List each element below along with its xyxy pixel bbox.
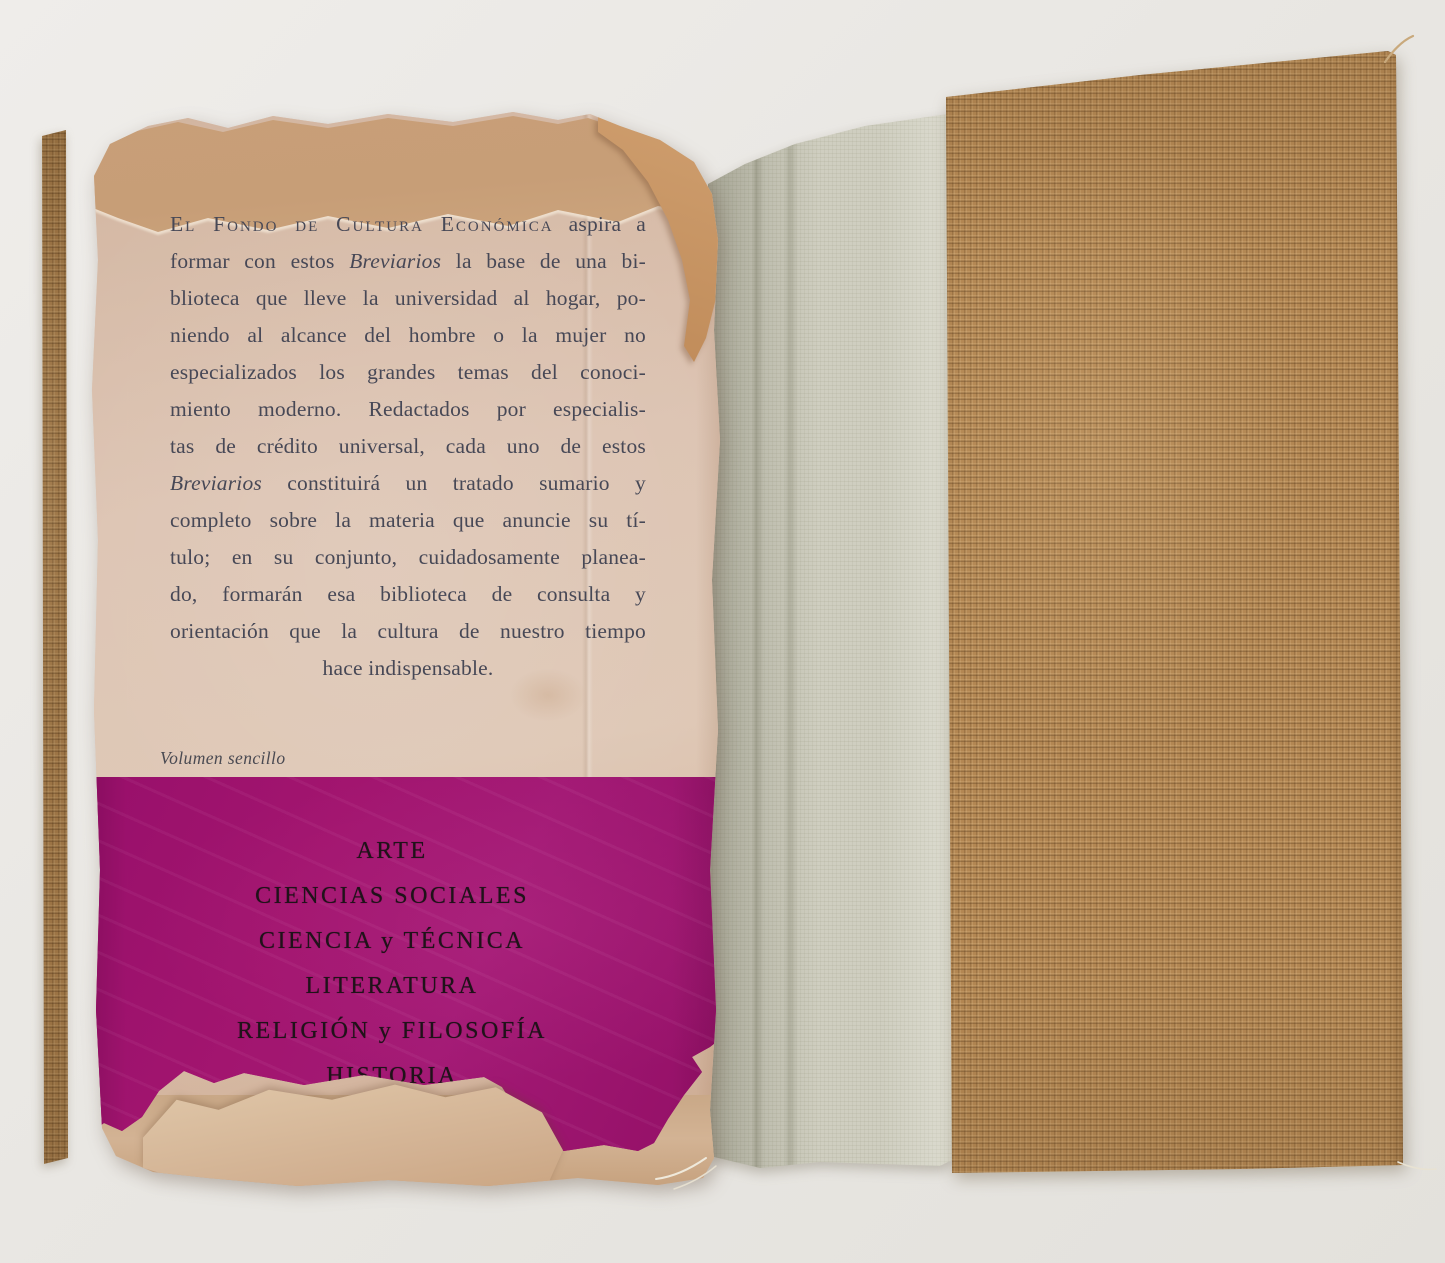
blurb-line: do, formarán esa biblioteca de consulta … xyxy=(170,576,646,613)
blurb-line: tas de crédito universal, cada uno de es… xyxy=(170,428,646,465)
category-item: ARTE xyxy=(64,829,720,874)
burlap-texture-right xyxy=(940,45,1405,1180)
category-item: CIENCIAS SOCIALES xyxy=(64,874,720,919)
endpaper-cloth xyxy=(700,112,952,1174)
blurb-line: hace indispensable. xyxy=(170,650,646,687)
blurb-line: Breviarios constituirá un tratado sumari… xyxy=(170,465,646,502)
blurb-line: El Fondo de Cultura Económica aspira a xyxy=(170,206,646,243)
photo-open-book: El Fondo de Cultura Económica aspira afo… xyxy=(0,0,1445,1263)
book-cover-burlap xyxy=(940,45,1405,1180)
blurb-line: especializados los grandes temas del con… xyxy=(170,354,646,391)
category-item: CIENCIA y TÉCNICA xyxy=(64,919,720,964)
volume-note: Volumen sencillo xyxy=(160,748,285,769)
blurb-line: formar con estos Breviarios la base de u… xyxy=(170,243,646,280)
category-item: RELIGIÓN y FILOSOFÍA xyxy=(64,1009,720,1054)
category-item: LITERATURA xyxy=(64,964,720,1009)
publisher-blurb: El Fondo de Cultura Económica aspira afo… xyxy=(170,206,646,687)
dust-jacket-back-flap: El Fondo de Cultura Económica aspira afo… xyxy=(58,110,726,1192)
blurb-line: blioteca que lleve la universidad al hog… xyxy=(170,280,646,317)
flap-paper: El Fondo de Cultura Económica aspira afo… xyxy=(58,110,726,1192)
blurb-line: completo sobre la materia que anuncie su… xyxy=(170,502,646,539)
category-list: ARTECIENCIAS SOCIALESCIENCIA y TÉCNICALI… xyxy=(64,777,720,1099)
endpaper xyxy=(700,112,952,1174)
blurb-line: niendo al alcance del hombre o la mujer … xyxy=(170,317,646,354)
blurb-line: orientación que la cultura de nuestro ti… xyxy=(170,613,646,650)
blurb-line: miento moderno. Redactados por especiali… xyxy=(170,391,646,428)
blurb-line: tulo; en su conjunto, cuidadosamente pla… xyxy=(170,539,646,576)
